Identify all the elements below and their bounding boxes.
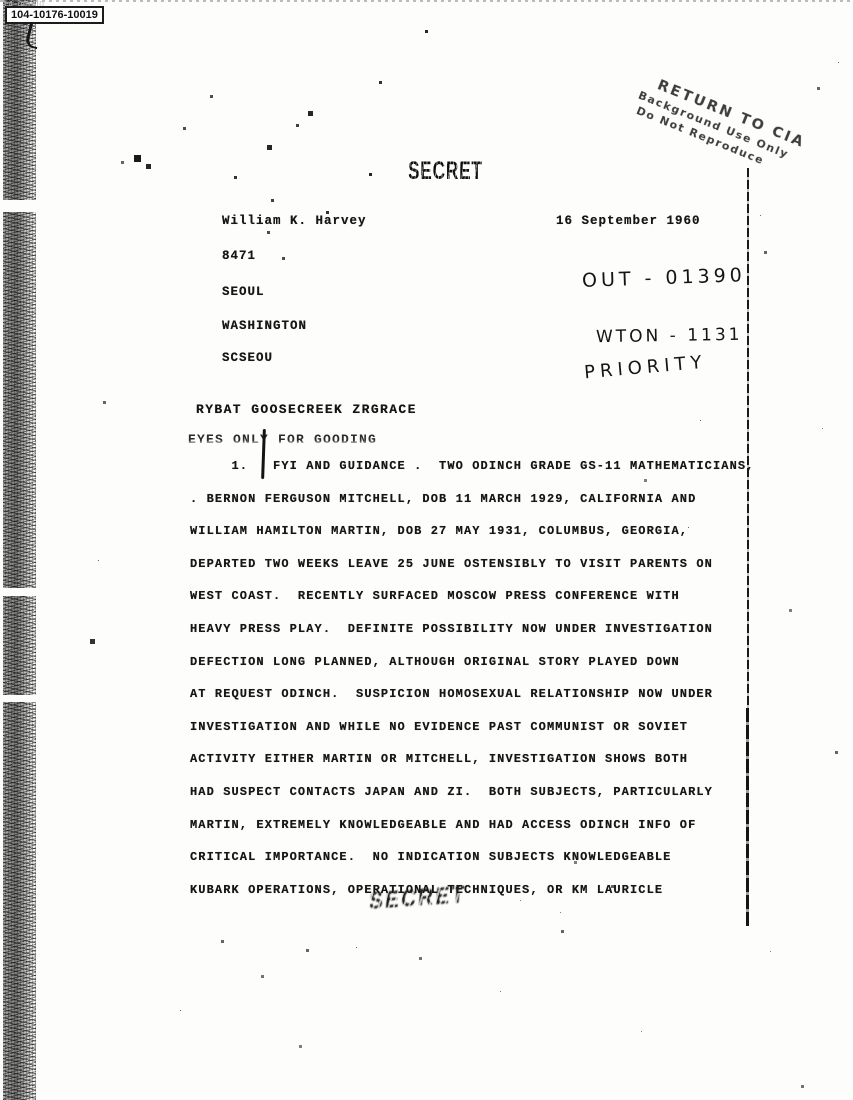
return-to-cia-stamp: RETURN TO CIA Background Use Only Do Not…	[631, 72, 853, 201]
body-line: DEFECTION LONG PLANNED, ALTHOUGH ORIGINA…	[190, 655, 765, 688]
message-body: 1. FYI AND GUIDANCE . TWO ODINCH GRADE G…	[190, 459, 765, 915]
from-name: William K. Harvey	[222, 214, 367, 228]
body-line: 1. FYI AND GUIDANCE . TWO ODINCH GRADE G…	[190, 459, 765, 492]
body-line: . BERNON FERGUSON MITCHELL, DOB 11 MARCH…	[190, 492, 765, 525]
body-line: WEST COAST. RECENTLY SURFACED MOSCOW PRE…	[190, 589, 765, 622]
body-line: ACTIVITY EITHER MARTIN OR MITCHELL, INVE…	[190, 752, 765, 785]
routing-seoul: SEOUL	[222, 285, 265, 299]
stamp-line: Background Use Only	[636, 89, 853, 187]
eyes-only-line: EYES ONLY FOR GOODING	[188, 432, 377, 447]
body-line: HEAVY PRESS PLAY. DEFINITE POSSIBILITY N…	[190, 622, 765, 655]
date: 16 September 1960	[556, 214, 701, 228]
body-line: AT REQUEST ODINCH. SUSPICION HOMOSEXUAL …	[190, 687, 765, 720]
body-line: MARTIN, EXTREMELY KNOWLEDGEABLE AND HAD …	[190, 818, 765, 851]
scan-edge-artifact	[0, 0, 853, 2]
document-scan-page: 14-00000 104-10176-10019 RETURN TO CIA B…	[0, 0, 853, 1100]
right-margin-line-lower	[746, 708, 749, 926]
binding-edge-artifact	[3, 0, 36, 1100]
binding-gap	[0, 200, 40, 212]
body-line: INVESTIGATION AND WHILE NO EVIDENCE PAST…	[190, 720, 765, 753]
secret-stamp-top: SECRET	[408, 158, 483, 186]
right-margin-line-upper	[747, 168, 749, 708]
binding-gap	[0, 695, 40, 702]
body-line: CRITICAL IMPORTANCE. NO INDICATION SUBJE…	[190, 850, 765, 883]
routing-scseou: SCSEOU	[222, 351, 273, 365]
body-line: HAD SUSPECT CONTACTS JAPAN AND ZI. BOTH …	[190, 785, 765, 818]
routing-washington: WASHINGTON	[222, 319, 307, 333]
codeword-line: RYBAT GOOSECREEK ZRGRACE	[196, 402, 417, 417]
binding-gap	[0, 588, 40, 596]
body-line: WILLIAM HAMILTON MARTIN, DOB 27 MAY 1931…	[190, 524, 765, 557]
record-number-label: 104-10176-10019	[5, 6, 104, 24]
body-line: DEPARTED TWO WEEKS LEAVE 25 JUNE OSTENSI…	[190, 557, 765, 590]
body-line: KUBARK OPERATIONS, OPERATIONAL TECHNIQUE…	[190, 883, 765, 916]
file-number: 8471	[222, 249, 256, 263]
handwritten-wton-number: WTON - 1131	[596, 325, 743, 348]
handwritten-out-number: OUT - 01390	[582, 264, 747, 292]
handwritten-priority: PRIORITY	[583, 352, 707, 384]
photocopy-speckles	[0, 0, 1, 1]
